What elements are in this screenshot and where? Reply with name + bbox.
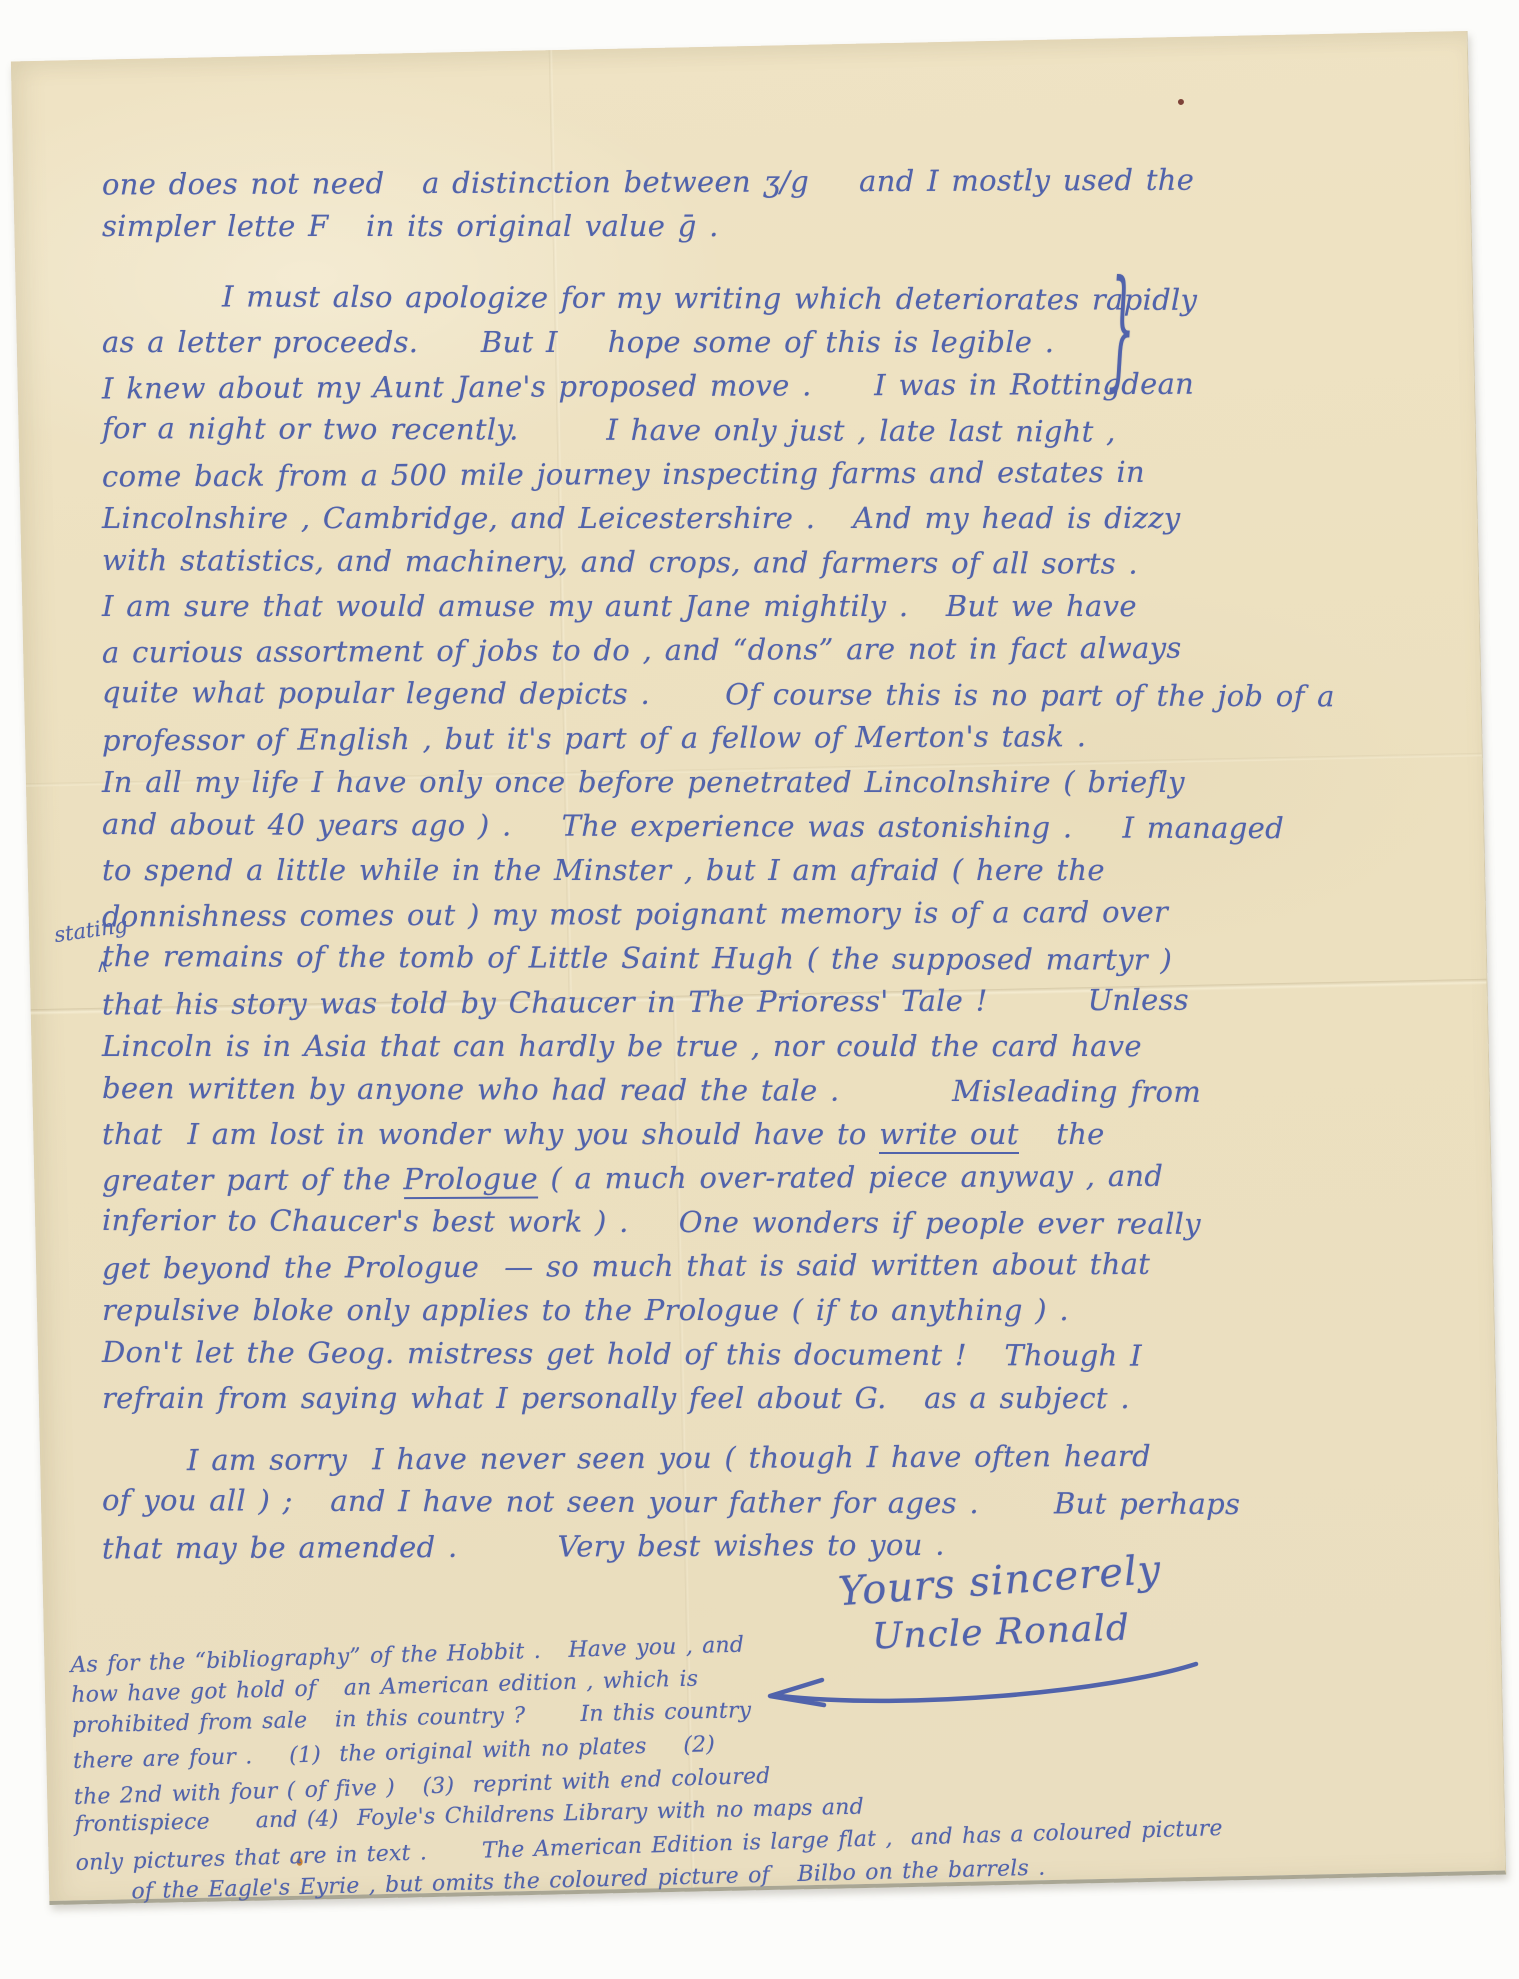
handwriting-text: to spend a little while in the Minster ,… bbox=[102, 853, 1105, 887]
letter-line: Lincolnshire , Cambridge, and Leicesters… bbox=[102, 496, 1222, 540]
letter-line: with statistics, and machinery, and crop… bbox=[102, 538, 1222, 586]
handwriting-text: donnishness comes out ) my most poignant… bbox=[102, 895, 1168, 934]
handwriting-text: greater part of the bbox=[102, 1162, 404, 1197]
letter-line: for a night or two recently. I have only… bbox=[102, 406, 1222, 454]
handwriting-text: simpler lette F in its original value ḡ … bbox=[102, 209, 719, 243]
handwriting-text: been written by anyone who had read the … bbox=[102, 1071, 1201, 1109]
handwriting-text: for a night or two recently. I have only… bbox=[102, 411, 1116, 449]
letter-line: donnishness comes out ) my most poignant… bbox=[102, 890, 1222, 939]
letter-line: professor of English , but it's part of … bbox=[102, 714, 1222, 763]
letter-ink-layer: one does not need a distinction between … bbox=[0, 0, 1519, 1979]
underlined-phrase: Prologue bbox=[403, 1162, 538, 1200]
handwriting-text: In all my life I have only once before p… bbox=[102, 765, 1185, 799]
letter-line: Lincoln is in Asia that can hardly be tr… bbox=[102, 1024, 1222, 1068]
handwriting-text: quite what popular legend depicts . Of c… bbox=[102, 675, 1335, 713]
letter-line: Don't let the Geog. mistress get hold of… bbox=[102, 1330, 1222, 1378]
handwriting-text: I am sure that would amuse my aunt Jane … bbox=[102, 589, 1137, 623]
brace-mark: } bbox=[1108, 252, 1135, 404]
handwriting-text: of you all ) ; and I have not seen your … bbox=[102, 1483, 1240, 1521]
handwriting-text: and about 40 years ago ) . The experienc… bbox=[102, 807, 1284, 845]
letter-line: In all my life I have only once before p… bbox=[102, 760, 1222, 804]
letter-line: that his story was told by Chaucer in Th… bbox=[102, 978, 1222, 1027]
letter-line: of you all ) ; and I have not seen your … bbox=[102, 1478, 1222, 1526]
handwriting-text: that I am lost in wonder why you should … bbox=[102, 1117, 879, 1151]
handwriting-text: repulsive bloke only applies to the Prol… bbox=[102, 1293, 1069, 1327]
letter-line: greater part of the Prologue ( a much ov… bbox=[102, 1154, 1222, 1203]
handwriting-text: I knew about my Aunt Jane's proposed mov… bbox=[102, 367, 1194, 406]
letter-line: I must also apologize for my writing whi… bbox=[102, 274, 1222, 322]
letter-line: quite what popular legend depicts . Of c… bbox=[102, 670, 1222, 718]
letter-line: simpler lette F in its original value ḡ … bbox=[102, 204, 1222, 248]
handwriting-text: professor of English , but it's part of … bbox=[102, 719, 1086, 757]
letter-line: get beyond the Prologue — so much that i… bbox=[102, 1242, 1222, 1291]
underlined-phrase: write out bbox=[879, 1117, 1019, 1154]
handwriting-text: with statistics, and machinery, and crop… bbox=[102, 543, 1138, 581]
letter-line: the remains of the tomb of Little Saint … bbox=[102, 934, 1222, 982]
handwriting-text: Lincolnshire , Cambridge, and Leicesters… bbox=[102, 501, 1180, 535]
handwriting-text: as a letter proceeds. But I hope some of… bbox=[102, 325, 1054, 359]
handwriting-text: Lincoln is in Asia that can hardly be tr… bbox=[102, 1029, 1142, 1063]
handwriting-text: I am sorry I have never seen you ( thoug… bbox=[187, 1439, 1151, 1477]
letter-line: to spend a little while in the Minster ,… bbox=[102, 848, 1222, 892]
insertion-caret-icon: ∧ bbox=[96, 956, 109, 977]
letter-line: I am sure that would amuse my aunt Jane … bbox=[102, 584, 1222, 628]
handwriting-text: that may be amended . Very best wishes t… bbox=[102, 1528, 945, 1566]
handwriting-text: one does not need a distinction between … bbox=[102, 163, 1194, 202]
handwriting-text: that his story was told by Chaucer in Th… bbox=[102, 983, 1189, 1022]
letter-line: inferior to Chaucer's best work ) . One … bbox=[102, 1198, 1222, 1246]
letter-postscript: As for the “bibliography” of the Hobbit … bbox=[70, 1609, 1496, 1910]
handwriting-text: inferior to Chaucer's best work ) . One … bbox=[102, 1203, 1201, 1241]
letter-body: one does not need a distinction between … bbox=[102, 160, 1222, 1568]
handwriting-text: come back from a 500 mile journey inspec… bbox=[102, 455, 1145, 494]
handwriting-text: the bbox=[1019, 1117, 1105, 1151]
handwriting-text: the remains of the tomb of Little Saint … bbox=[102, 939, 1172, 977]
letter-line: one does not need a distinction between … bbox=[102, 158, 1222, 207]
handwriting-text: Don't let the Geog. mistress get hold of… bbox=[102, 1335, 1142, 1373]
handwriting-text: get beyond the Prologue — so much that i… bbox=[102, 1247, 1150, 1286]
handwriting-text: ( a much over-rated piece anyway , and bbox=[538, 1159, 1163, 1196]
letter-line: come back from a 500 mile journey inspec… bbox=[102, 450, 1222, 499]
letter-line: I knew about my Aunt Jane's proposed mov… bbox=[102, 362, 1222, 411]
letter-line: I am sorry I have never seen you ( thoug… bbox=[102, 1434, 1222, 1483]
letter-line: that I am lost in wonder why you should … bbox=[102, 1112, 1222, 1156]
letter-line: refrain from saying what I personally fe… bbox=[102, 1376, 1222, 1420]
letter-line: a curious assortment of jobs to do , and… bbox=[102, 626, 1222, 675]
letter-line: been written by anyone who had read the … bbox=[102, 1066, 1222, 1114]
letter-line: as a letter proceeds. But I hope some of… bbox=[102, 320, 1222, 364]
handwriting-text: refrain from saying what I personally fe… bbox=[102, 1381, 1130, 1415]
scanned-letter: one does not need a distinction between … bbox=[0, 0, 1519, 1979]
letter-line: and about 40 years ago ) . The experienc… bbox=[102, 802, 1222, 850]
handwriting-text: I must also apologize for my writing whi… bbox=[222, 279, 1197, 316]
handwriting-text: a curious assortment of jobs to do , and… bbox=[102, 631, 1182, 670]
letter-line: repulsive bloke only applies to the Prol… bbox=[102, 1288, 1222, 1332]
